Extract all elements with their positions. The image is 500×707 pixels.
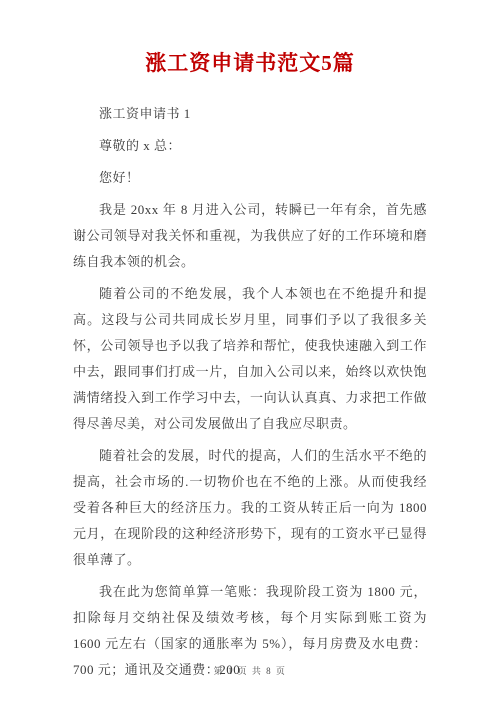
page-number-footer: 第 1 页 共 8 页 (0, 664, 500, 677)
paragraph-body-3: 随着社会的发展，时代的提高，人们的生活水平不绝的提高，社会市场的.一切物价也在不… (73, 443, 427, 573)
page-title: 涨工资申请书范文5篇 (73, 50, 427, 77)
paragraph-body-2: 随着公司的不绝发展，我个人本领也在不绝提升和提高。这段与公司共同成长岁月里，同事… (73, 281, 427, 437)
paragraph-body-1: 我是 20xx 年 8 月进入公司，转瞬已一年有余，首先感谢公司领导对我关怀和重… (73, 197, 427, 275)
paragraph-greeting: 您好！ (73, 165, 427, 191)
paragraph-section-heading: 涨工资申请书 1 (73, 101, 427, 127)
document-page: 涨工资申请书范文5篇 涨工资申请书 1 尊敬的 x 总： 您好！ 我是 20xx… (0, 0, 500, 707)
paragraph-salutation: 尊敬的 x 总： (73, 133, 427, 159)
document-body: 涨工资申请书范文5篇 涨工资申请书 1 尊敬的 x 总： 您好！ 我是 20xx… (0, 0, 500, 683)
